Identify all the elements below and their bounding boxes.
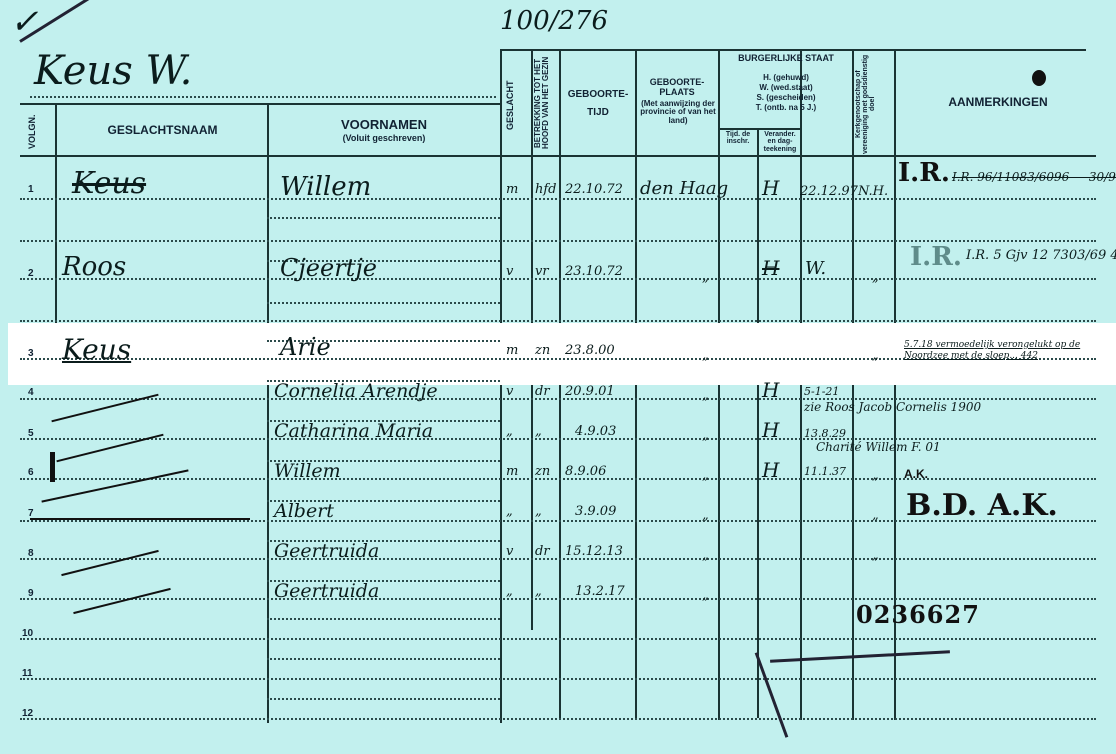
sex-cell: v bbox=[506, 544, 513, 559]
row-number: 10 bbox=[22, 628, 33, 639]
header-betrekking: BETREKKING TOT HET HOOFD VAN HET GEZIN bbox=[534, 54, 558, 152]
status-date-cell: W. bbox=[805, 258, 826, 279]
status-date-cell: 13.8.29 bbox=[804, 427, 846, 440]
relation-cell: „ bbox=[535, 424, 542, 439]
birthdate-cell: 4.9.03 bbox=[575, 424, 616, 439]
header-bs-t: T. (ontb. na 5 J.) bbox=[720, 104, 852, 112]
firstname-cell: Willem bbox=[274, 460, 341, 482]
header-geslachtsnaam: GESLACHTSNAAM bbox=[60, 124, 265, 137]
sex-cell: v bbox=[506, 384, 513, 399]
relation-cell: zn bbox=[535, 464, 550, 479]
firstname-cell: Albert bbox=[274, 500, 334, 522]
status-date-cell: 11.1.37 bbox=[804, 465, 846, 478]
birthdate-cell: 20.9.01 bbox=[565, 384, 615, 399]
row-number: 8 bbox=[28, 548, 34, 559]
header-verander: Verander. en dag-teekening bbox=[760, 131, 800, 153]
church-cell: N.H. bbox=[858, 184, 888, 199]
serial-stamp: 0236627 bbox=[856, 600, 980, 629]
strike-mark bbox=[30, 518, 250, 520]
row-number: 5 bbox=[28, 428, 34, 439]
registration-card: ✓ Keus W. 100/276 VOLGN. GESLACHTSNAAM V… bbox=[0, 0, 1116, 754]
status-cell: H bbox=[762, 256, 779, 280]
header-burgerlijke-staat: BURGERLIJKE STAAT bbox=[720, 54, 852, 63]
family-head-name: Keus W. bbox=[34, 48, 192, 94]
row-number: 1 bbox=[28, 184, 34, 195]
birthdate-cell: 3.9.09 bbox=[575, 504, 616, 519]
relation-cell: zn bbox=[535, 343, 550, 358]
header-kerkgenootschap: Kerkgenootschap of vereeniging met godsd… bbox=[855, 54, 893, 154]
birthdate-cell: 23.8.00 bbox=[565, 343, 615, 358]
relation-cell: vr bbox=[535, 264, 549, 279]
firstname-cell: Catharina Maria bbox=[274, 420, 433, 442]
surname-cell: Keus bbox=[62, 333, 131, 366]
header-geboortetijd-2: TIJD bbox=[562, 108, 634, 119]
header-geboortetijd-1: GEBOORTE- bbox=[562, 90, 634, 101]
header-bs-s: S. (gescheiden) bbox=[720, 94, 852, 102]
church-cell: „ bbox=[872, 270, 879, 285]
birthplace-cell: „ bbox=[702, 468, 709, 483]
strike-mark bbox=[41, 469, 188, 502]
row-number: 9 bbox=[28, 588, 34, 599]
birthplace-cell: „ bbox=[702, 508, 709, 523]
relation-cell: hfd bbox=[535, 182, 557, 197]
header-geboorteplaats-sub: (Met aanwijzing der provincie of van het… bbox=[640, 100, 716, 125]
header-tijd-inschr: Tijd. de inschr. bbox=[720, 131, 756, 146]
sex-cell: m bbox=[506, 182, 518, 197]
relation-cell: dr bbox=[535, 384, 550, 399]
file-number: 100/276 bbox=[500, 6, 608, 36]
row-number: 12 bbox=[22, 708, 33, 719]
row-number: 11 bbox=[22, 668, 33, 679]
birthdate-cell: 23.10.72 bbox=[565, 264, 623, 279]
remarks-cell: I.R. 5 Gjv 12 7303/69 40 bbox=[966, 248, 1116, 263]
firstname-cell: Geertruida bbox=[274, 540, 379, 562]
ink-dot bbox=[1032, 70, 1046, 86]
pen-mark bbox=[770, 650, 950, 662]
remarks-cell: I.R. 96/11083/6096 — 30/9.23 bbox=[952, 170, 1116, 184]
status-date-cell: 5-1-21 bbox=[804, 385, 839, 398]
birthplace-cell: „ bbox=[702, 348, 709, 363]
bdak-stamp: B.D. A.K. bbox=[906, 488, 1058, 523]
church-cell: „ bbox=[872, 468, 879, 483]
sex-cell: „ bbox=[506, 584, 513, 599]
birthplace-cell: „ bbox=[702, 548, 709, 563]
birthplace-cell: den Haag bbox=[640, 178, 728, 199]
sex-cell: m bbox=[506, 343, 518, 358]
remarks-cell: Charité Willem F. 01 bbox=[816, 440, 941, 454]
ir-stamp: I.R. bbox=[898, 158, 950, 188]
status-cell: H bbox=[762, 176, 779, 200]
relation-cell: „ bbox=[535, 504, 542, 519]
header-bs-h: H. (gehuwd) bbox=[720, 74, 852, 82]
strike-mark bbox=[61, 550, 159, 576]
header-volgn: VOLGN. bbox=[28, 110, 48, 154]
birthdate-cell: 22.10.72 bbox=[565, 182, 623, 197]
relation-cell: dr bbox=[535, 544, 550, 559]
header-geslacht: GESLACHT bbox=[506, 60, 528, 150]
ir-stamp-faded: I.R. bbox=[910, 242, 962, 272]
header-voornamen-sub: (Voluit geschreven) bbox=[270, 134, 498, 143]
firstname-cell: Willem bbox=[280, 172, 371, 202]
surname-cell: Roos bbox=[62, 252, 126, 282]
church-cell: „ bbox=[872, 508, 879, 523]
header-aanmerkingen: AANMERKINGEN bbox=[900, 96, 1096, 109]
header-voornamen: VOORNAMEN bbox=[270, 118, 498, 132]
sex-cell: m bbox=[506, 464, 518, 479]
row-number: 3 bbox=[28, 348, 34, 359]
header-bs-w: W. (wed.staat) bbox=[720, 84, 852, 92]
status-cell: H bbox=[762, 378, 779, 402]
church-cell: „ bbox=[872, 348, 879, 363]
row-number: 2 bbox=[28, 268, 34, 279]
row-number: 6 bbox=[28, 467, 34, 478]
sex-cell: v bbox=[506, 264, 513, 279]
remarks-cell: zie Roos Jacob Cornelis 1900 bbox=[804, 400, 981, 414]
birthplace-cell: „ bbox=[702, 588, 709, 603]
sex-cell: „ bbox=[506, 424, 513, 439]
birthplace-cell: „ bbox=[702, 428, 709, 443]
relation-cell: „ bbox=[535, 584, 542, 599]
firstname-cell: Cjeertje bbox=[280, 254, 377, 282]
surname-cell: Keus bbox=[72, 166, 146, 201]
header-geboorteplaats-2: PLAATS bbox=[638, 88, 716, 97]
strike-mark bbox=[73, 588, 171, 614]
strike-mark bbox=[50, 452, 55, 482]
ak-stamp: A.K. bbox=[904, 467, 928, 481]
row-number: 4 bbox=[28, 387, 34, 398]
sex-cell: „ bbox=[506, 504, 513, 519]
birthplace-cell: „ bbox=[702, 388, 709, 403]
status-cell: H bbox=[762, 418, 779, 442]
status-cell: H bbox=[762, 458, 779, 482]
birthplace-cell: „ bbox=[702, 270, 709, 285]
birthdate-cell: 8.9.06 bbox=[565, 464, 606, 479]
birthdate-cell: 13.2.17 bbox=[575, 584, 625, 599]
birthdate-cell: 15.12.13 bbox=[565, 544, 623, 559]
church-cell: „ bbox=[872, 548, 879, 563]
pen-mark bbox=[755, 652, 789, 738]
remarks-cell: 5.7.18 vermoedelijk verongelukt op de No… bbox=[904, 340, 1100, 362]
firstname-cell: Arie bbox=[280, 333, 331, 361]
status-date-cell: 22.12.97 bbox=[800, 184, 858, 199]
firstname-cell: Cornelia Arendje bbox=[274, 380, 438, 402]
firstname-cell: Geertruida bbox=[274, 580, 379, 602]
